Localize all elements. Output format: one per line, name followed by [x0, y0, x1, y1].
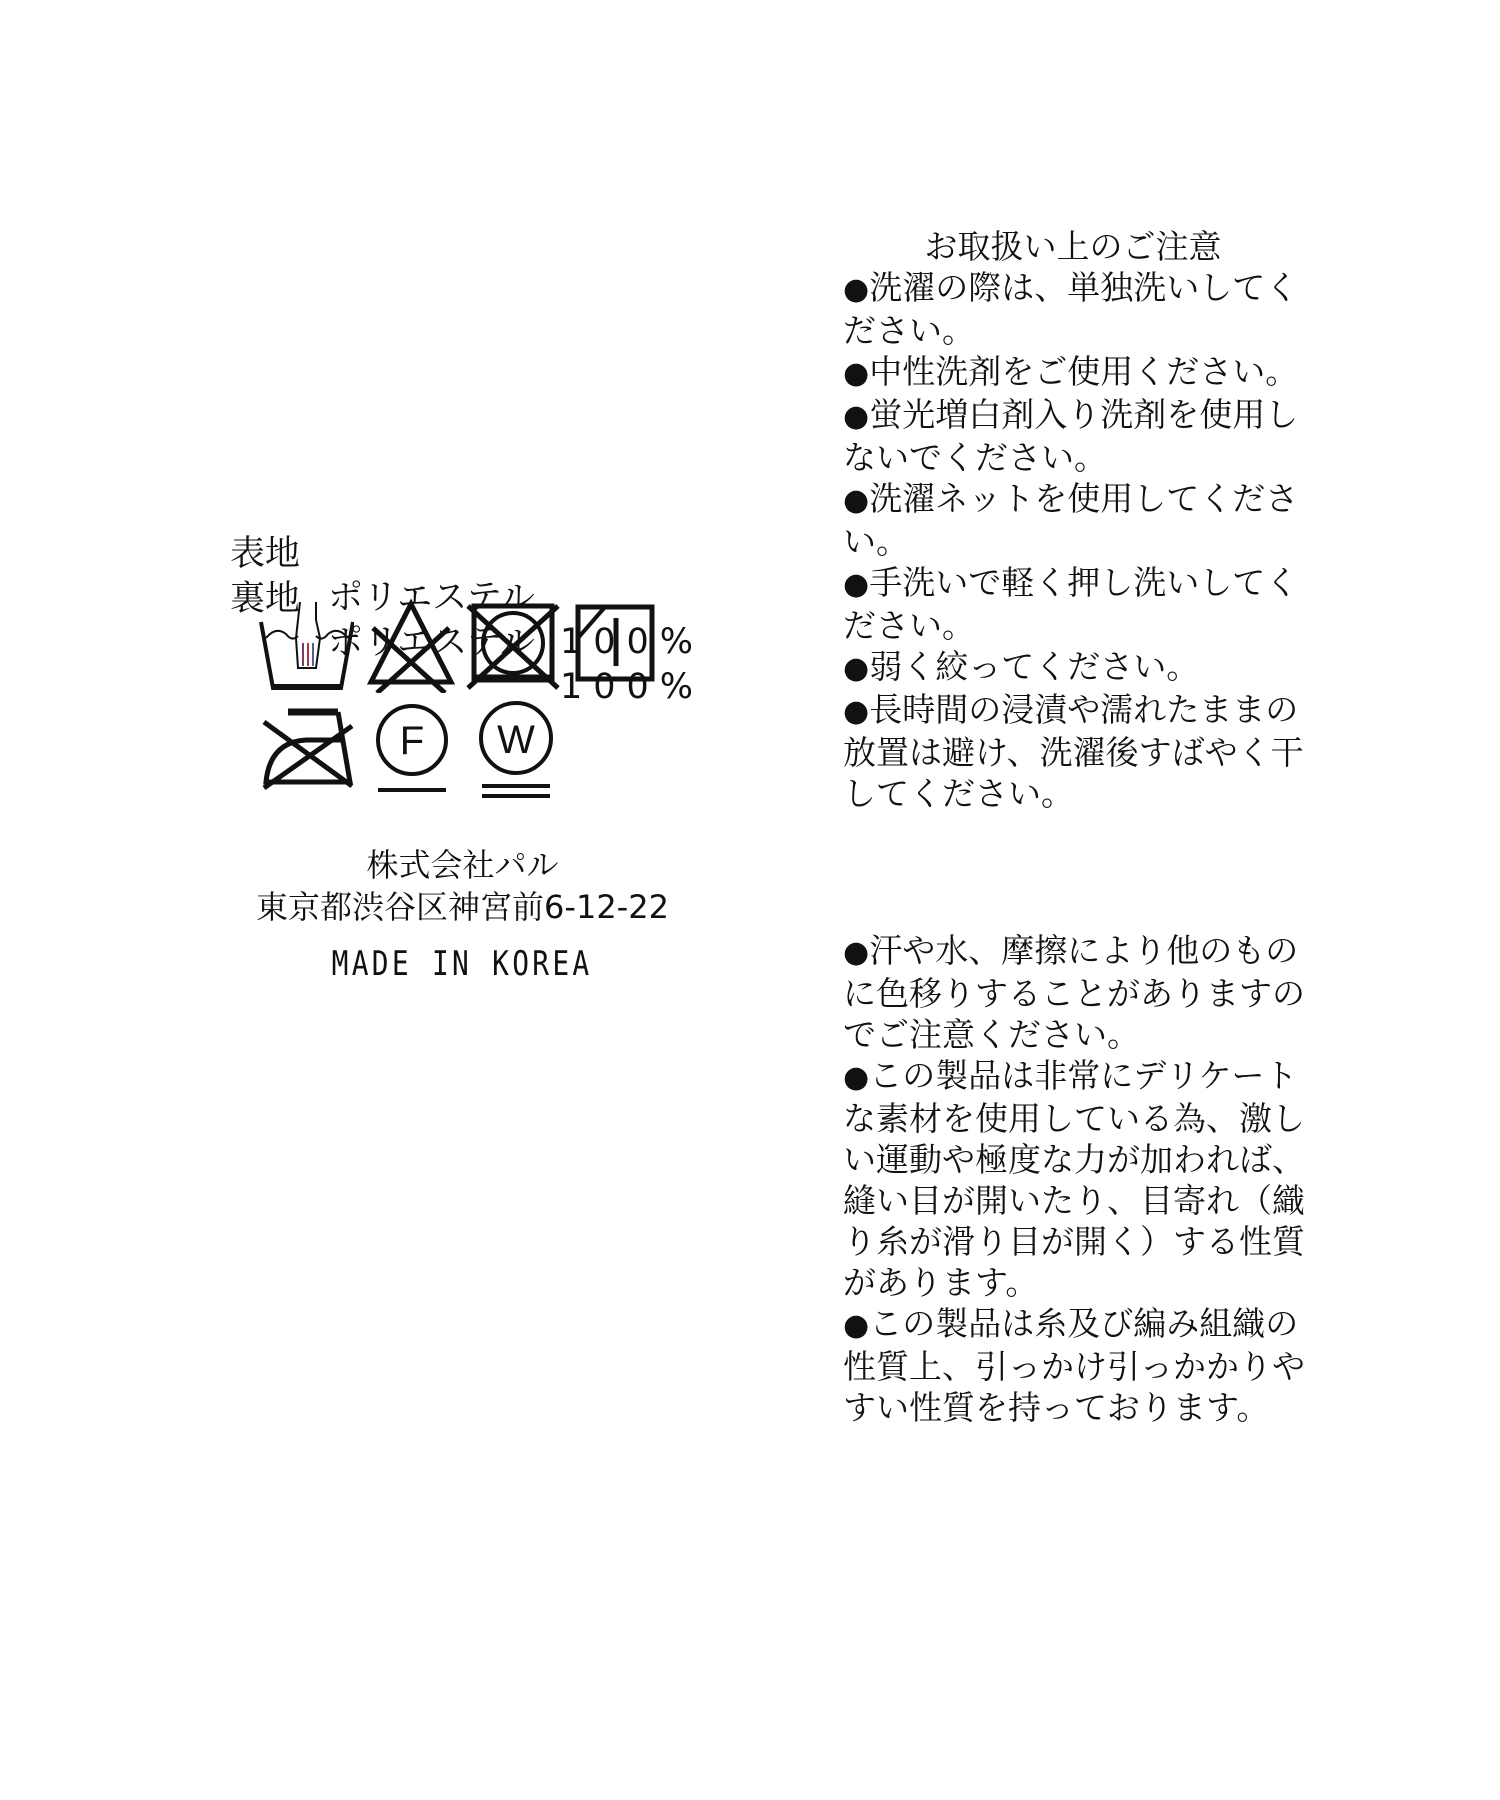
company-address: 東京都渋谷区神宮前6-12-22 [230, 882, 695, 928]
bullet-icon: ● [843, 1060, 869, 1095]
hand-wash-icon [258, 598, 354, 693]
made-in-text: MADE IN KOREA [332, 944, 593, 984]
care-note: ●洗濯ネットを使用してください。 [843, 478, 1313, 562]
care-notes-title: お取扱い上のご注意 [843, 226, 1313, 267]
svg-text:F: F [400, 719, 424, 763]
bullet-icon: ● [843, 483, 869, 518]
care-note: ●蛍光増白剤入り洗剤を使用しないでください。 [843, 394, 1313, 478]
care-note: ●洗濯の際は、単独洗いしてください。 [843, 267, 1313, 351]
bullet-icon: ● [843, 399, 869, 434]
bullet-icon: ● [843, 1308, 869, 1343]
wet-clean-w-icon: W [476, 698, 556, 800]
company-name: 株式会社パル [230, 840, 695, 886]
bullet-icon: ● [843, 567, 869, 602]
no-iron-icon [260, 706, 356, 790]
care-notes-group-2: ●汗や水、摩擦により他のものに色移りすることがありますのでご注意ください。 ●こ… [843, 930, 1313, 1428]
care-note: ●弱く絞ってください。 [843, 646, 1313, 689]
drip-dry-shade-icon [575, 604, 655, 684]
care-note: ●中性洗剤をご使用ください。 [843, 351, 1313, 394]
care-notes-group-1: お取扱い上のご注意 ●洗濯の際は、単独洗いしてください。 ●中性洗剤をご使用くだ… [843, 226, 1313, 814]
care-note: ●汗や水、摩擦により他のものに色移りすることがありますのでご注意ください。 [843, 930, 1313, 1055]
bullet-icon: ● [843, 651, 869, 686]
dry-clean-f-icon: F [372, 700, 452, 796]
care-note: ●この製品は非常にデリケートな素材を使用している為、激しい運動や極度な力が加われ… [843, 1055, 1313, 1303]
composition-row-lining: 裏地 ポリエステル 100% [230, 533, 252, 709]
svg-text:W: W [497, 718, 535, 762]
care-note: ●この製品は糸及び編み組織の性質上、引っかけ引っかかりやすい性質を持っております… [843, 1303, 1313, 1428]
bullet-icon: ● [843, 935, 869, 970]
origin-label: MADE IN KOREA [230, 944, 695, 984]
care-note: ●長時間の浸漬や濡れたままの放置は避け、洗濯後すばやく干してください。 [843, 689, 1313, 814]
bullet-icon: ● [843, 272, 869, 307]
care-note: ●手洗いで軽く押し洗いしてください。 [843, 562, 1313, 646]
no-bleach-icon [365, 598, 457, 693]
no-tumble-dry-icon [466, 602, 560, 690]
bullet-icon: ● [843, 356, 869, 391]
bullet-icon: ● [843, 694, 869, 729]
